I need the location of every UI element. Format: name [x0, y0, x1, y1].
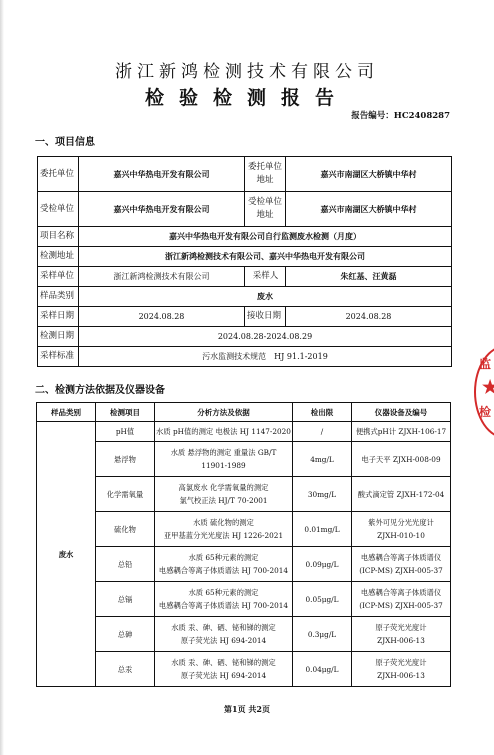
client-value: 嘉兴中华热电开发有限公司: [79, 157, 245, 192]
test-item: 硫化物: [96, 512, 155, 547]
company-seal-stamp: 监 ★ 检: [474, 345, 494, 439]
method: 水质 悬浮物的测定 重量法 GB/T11901-1989: [155, 442, 293, 477]
project-name-value: 嘉兴中华热电开发有限公司自行监测废水检测（月度）: [79, 227, 452, 247]
test-item: pH值: [96, 422, 155, 442]
client-address-value: 嘉兴市南湖区大桥镇中华村: [286, 157, 452, 192]
test-date-value: 2024.08.28-2024.08.29: [79, 327, 452, 347]
method-line2: 原子荧光法 HJ 694-2014: [156, 669, 291, 682]
header-test-item: 检测项目: [96, 403, 155, 422]
sample-type-cell: 废水: [37, 422, 96, 687]
table-row: 受检单位 嘉兴中华热电开发有限公司 受检单位 地址 嘉兴市南湖区大桥镇中华村: [38, 192, 452, 227]
table-row: 废水 pH值 水质 pH值的测定 电极法 HJ 1147-2020 / 便携式p…: [37, 422, 451, 442]
detection-limit: 0.09μg/L: [293, 547, 352, 582]
star-icon: ★: [482, 377, 494, 398]
method-line2: 11901-1989: [156, 459, 291, 472]
table-row: 委托单位 嘉兴中华热电开发有限公司 委托单位 地址 嘉兴市南湖区大桥镇中华村: [38, 157, 452, 192]
table-row: 化学需氧量 高氯废水 化学需氧量的测定氯气校正法 HJ/T 70-2001 30…: [37, 477, 451, 512]
method-line1: 水质 汞、砷、硒、铋和锑的测定: [156, 621, 291, 634]
header-method: 分析方法及依据: [155, 403, 293, 422]
method-line1: 水质 65种元素的测定: [156, 586, 291, 599]
stamp-text-bottom: 检: [479, 403, 491, 420]
test-item: 化学需氧量: [96, 477, 155, 512]
project-info-table: 委托单位 嘉兴中华热电开发有限公司 委托单位 地址 嘉兴市南湖区大桥镇中华村 受…: [37, 156, 452, 367]
inspected-address-value: 嘉兴市南湖区大桥镇中华村: [286, 192, 452, 227]
detection-limit: 0.04μg/L: [293, 652, 352, 687]
equipment-line1: 电感耦合等离子体质谱仪: [353, 586, 449, 599]
methods-table: 样品类别 检测项目 分析方法及依据 检出限 仪器设备及编号 废水 pH值 水质 …: [36, 402, 451, 687]
table-row: 样品类别 废水: [38, 287, 452, 307]
table-row: 总镉 水质 65种元素的测定电感耦合等离子体质谱法 HJ 700-2014 0.…: [37, 582, 451, 617]
table-row: 检测日期 2024.08.28-2024.08.29: [38, 327, 452, 347]
table-header-row: 样品类别 检测项目 分析方法及依据 检出限 仪器设备及编号: [37, 403, 451, 422]
method: 水质 pH值的测定 电极法 HJ 1147-2020: [155, 422, 293, 442]
company-name: 浙江新鸿检测技术有限公司: [0, 57, 494, 82]
table-row: 悬浮物 水质 悬浮物的测定 重量法 GB/T11901-1989 4mg/L 电…: [37, 442, 451, 477]
method: 水质 汞、砷、硒、铋和锑的测定原子荧光法 HJ 694-2014: [155, 617, 293, 652]
test-date-label: 检测日期: [38, 327, 79, 347]
equipment: 电子天平 ZJXH-008-09: [352, 442, 451, 477]
report-number: 报告编号：HC2408287: [351, 109, 450, 121]
method: 水质 硫化物的测定亚甲基蓝分光光度法 HJ 1226-2021: [155, 512, 293, 547]
table-row: 总铅 水质 65种元素的测定电感耦合等离子体质谱法 HJ 700-2014 0.…: [37, 547, 451, 582]
method-line1: 水质 65种元素的测定: [156, 551, 291, 564]
equipment-line2: (ICP-MS) ZJXH-005-37: [353, 564, 449, 577]
receive-date-label: 接收日期: [245, 307, 286, 327]
method: 水质 65种元素的测定电感耦合等离子体质谱法 HJ 700-2014: [155, 547, 293, 582]
test-item: 总砷: [96, 617, 155, 652]
equipment: 原子荧光光度计ZJXH-006-13: [352, 652, 451, 687]
sampling-date-value: 2024.08.28: [79, 307, 245, 327]
sampler-value: 朱红基、汪黄磊: [286, 267, 452, 287]
equipment: 电感耦合等离子体质谱仪(ICP-MS) ZJXH-005-37: [352, 582, 451, 617]
equipment-line1: 电感耦合等离子体质谱仪: [353, 551, 449, 564]
client-address-label: 委托单位 地址: [245, 157, 286, 192]
table-row: 总砷 水质 汞、砷、硒、铋和锑的测定原子荧光法 HJ 694-2014 0.3μ…: [37, 617, 451, 652]
sampling-date-label: 采样日期: [38, 307, 79, 327]
detection-limit: 0.05μg/L: [293, 582, 352, 617]
test-location-label: 检测地址: [38, 247, 79, 267]
equipment-line1: 紫外可见分光光度计: [353, 516, 449, 529]
equipment: 紫外可见分光光度计ZJXH-010-10: [352, 512, 451, 547]
equipment: 酸式滴定管 ZJXH-172-04: [352, 477, 451, 512]
inspected-label: 受检单位: [38, 192, 79, 227]
section-methods-title: 二、检测方法依据及仪器设备: [35, 381, 165, 396]
sample-type-label: 样品类别: [38, 287, 79, 307]
page-edge-shadow: [0, 0, 4, 755]
test-location-value: 浙江新鸿检测技术有限公司、嘉兴中华热电开发有限公司: [79, 247, 452, 267]
table-row: 总汞 水质 汞、砷、硒、铋和锑的测定原子荧光法 HJ 694-2014 0.04…: [37, 652, 451, 687]
sampling-standard-value: 污水监测技术规范 HJ 91.1-2019: [79, 347, 452, 367]
receive-date-value: 2024.08.28: [286, 307, 452, 327]
header-detection-limit: 检出限: [293, 403, 352, 422]
detection-limit: 0.3μg/L: [293, 617, 352, 652]
equipment-line2: ZJXH-006-13: [353, 669, 449, 682]
table-row: 采样日期 2024.08.28 接收日期 2024.08.28: [38, 307, 452, 327]
client-label: 委托单位: [38, 157, 79, 192]
method-line2: 亚甲基蓝分光光度法 HJ 1226-2021: [156, 529, 291, 542]
sampling-unit-value: 浙江新鸿检测技术有限公司: [79, 267, 245, 287]
inspected-address-label-line2: 地址: [245, 209, 285, 222]
method: 高氯废水 化学需氧量的测定氯气校正法 HJ/T 70-2001: [155, 477, 293, 512]
project-name-label: 项目名称: [38, 227, 79, 247]
sample-type-value: 废水: [79, 287, 452, 307]
test-item: 总镉: [96, 582, 155, 617]
equipment: 电感耦合等离子体质谱仪(ICP-MS) ZJXH-005-37: [352, 547, 451, 582]
method-line2: 电感耦合等离子体质谱法 HJ 700-2014: [156, 564, 291, 577]
equipment-line2: ZJXH-010-10: [353, 529, 449, 542]
detection-limit: /: [293, 422, 352, 442]
method-line2: 氯气校正法 HJ/T 70-2001: [156, 494, 291, 507]
sampling-standard-label: 采样标准: [38, 347, 79, 367]
equipment: 原子荧光光度计ZJXH-006-13: [352, 617, 451, 652]
equipment: 便携式pH计 ZJXH-106-17: [352, 422, 451, 442]
section-project-info-title: 一、项目信息: [35, 133, 95, 148]
inspected-value: 嘉兴中华热电开发有限公司: [79, 192, 245, 227]
test-item: 悬浮物: [96, 442, 155, 477]
method-line1: 高氯废水 化学需氧量的测定: [156, 481, 291, 494]
equipment-line1: 原子荧光光度计: [353, 656, 449, 669]
table-row: 硫化物 水质 硫化物的测定亚甲基蓝分光光度法 HJ 1226-2021 0.01…: [37, 512, 451, 547]
detection-limit: 30mg/L: [293, 477, 352, 512]
method: 水质 65种元素的测定电感耦合等离子体质谱法 HJ 700-2014: [155, 582, 293, 617]
table-row: 项目名称 嘉兴中华热电开发有限公司自行监测废水检测（月度）: [38, 227, 452, 247]
detection-limit: 0.01mg/L: [293, 512, 352, 547]
equipment-line2: ZJXH-006-13: [353, 634, 449, 647]
detection-limit: 4mg/L: [293, 442, 352, 477]
method-line1: 水质 汞、砷、硒、铋和锑的测定: [156, 656, 291, 669]
equipment-line2: (ICP-MS) ZJXH-005-37: [353, 599, 449, 612]
test-item: 总铅: [96, 547, 155, 582]
table-row: 检测地址 浙江新鸿检测技术有限公司、嘉兴中华热电开发有限公司: [38, 247, 452, 267]
method-line1: 水质 硫化物的测定: [156, 516, 291, 529]
method: 水质 汞、砷、硒、铋和锑的测定原子荧光法 HJ 694-2014: [155, 652, 293, 687]
method-line2: 电感耦合等离子体质谱法 HJ 700-2014: [156, 599, 291, 612]
table-row: 采样标准 污水监测技术规范 HJ 91.1-2019: [38, 347, 452, 367]
method-line1: 水质 悬浮物的测定 重量法 GB/T: [156, 446, 291, 459]
table-row: 采样单位 浙江新鸿检测技术有限公司 采样人 朱红基、汪黄磊: [38, 267, 452, 287]
sampling-unit-label: 采样单位: [38, 267, 79, 287]
sampler-label: 采样人: [245, 267, 286, 287]
inspected-address-label: 受检单位 地址: [245, 192, 286, 227]
page-number: 第1页 共2页: [0, 704, 494, 715]
report-title: 检验检测报告: [0, 83, 494, 110]
test-item: 总汞: [96, 652, 155, 687]
client-address-label-line2: 地址: [245, 174, 285, 187]
header-sample-type: 样品类别: [37, 403, 96, 422]
client-address-label-line1: 委托单位: [245, 161, 285, 174]
equipment-line1: 原子荧光光度计: [353, 621, 449, 634]
header-equipment: 仪器设备及编号: [352, 403, 451, 422]
inspected-address-label-line1: 受检单位: [245, 196, 285, 209]
stamp-text-top: 监: [479, 355, 491, 372]
method-line2: 原子荧光法 HJ 694-2014: [156, 634, 291, 647]
